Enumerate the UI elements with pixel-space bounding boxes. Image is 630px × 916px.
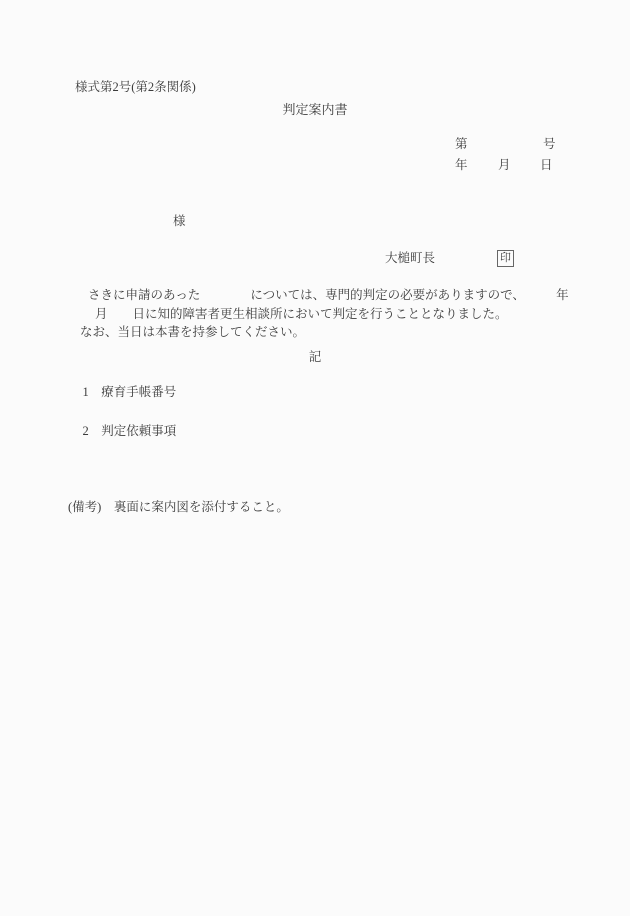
addressee-honorific: 様	[173, 214, 186, 230]
date-year-label: 年	[455, 158, 468, 174]
remarks-note: (備考) 裏面に案内図を添付すること。	[68, 500, 289, 516]
reference-number-prefix: 第	[455, 137, 468, 153]
body-line-1: さきに申請のあった については、専門的判定の必要がありますので、 年	[88, 288, 569, 304]
notice-marker: 記	[0, 350, 630, 366]
seal-stamp-placeholder: 印	[497, 250, 514, 267]
item-1-label: 療育手帳番号	[101, 385, 176, 399]
date-day-label: 日	[540, 158, 553, 174]
item-2-number: 2	[83, 424, 89, 440]
list-item: 2判定依頼事項	[70, 408, 176, 455]
page-title: 判定案内書	[0, 102, 630, 118]
document-page: 様式第2号(第2条関係) 判定案内書 第 号 年 月 日 様 大槌町長 印 さき…	[0, 0, 630, 916]
issuer-name: 大槌町長	[385, 251, 435, 267]
body-line-3: なお、当日は本書を持参してください。	[80, 325, 305, 341]
item-2-label: 判定依頼事項	[101, 424, 176, 438]
form-number: 様式第2号(第2条関係)	[75, 80, 196, 96]
item-1-number: 1	[83, 385, 89, 401]
body-line-2: 月 日に知的障害者更生相談所において判定を行うこととなりました。	[95, 307, 508, 323]
date-month-label: 月	[498, 158, 511, 174]
reference-number-suffix: 号	[543, 137, 556, 153]
